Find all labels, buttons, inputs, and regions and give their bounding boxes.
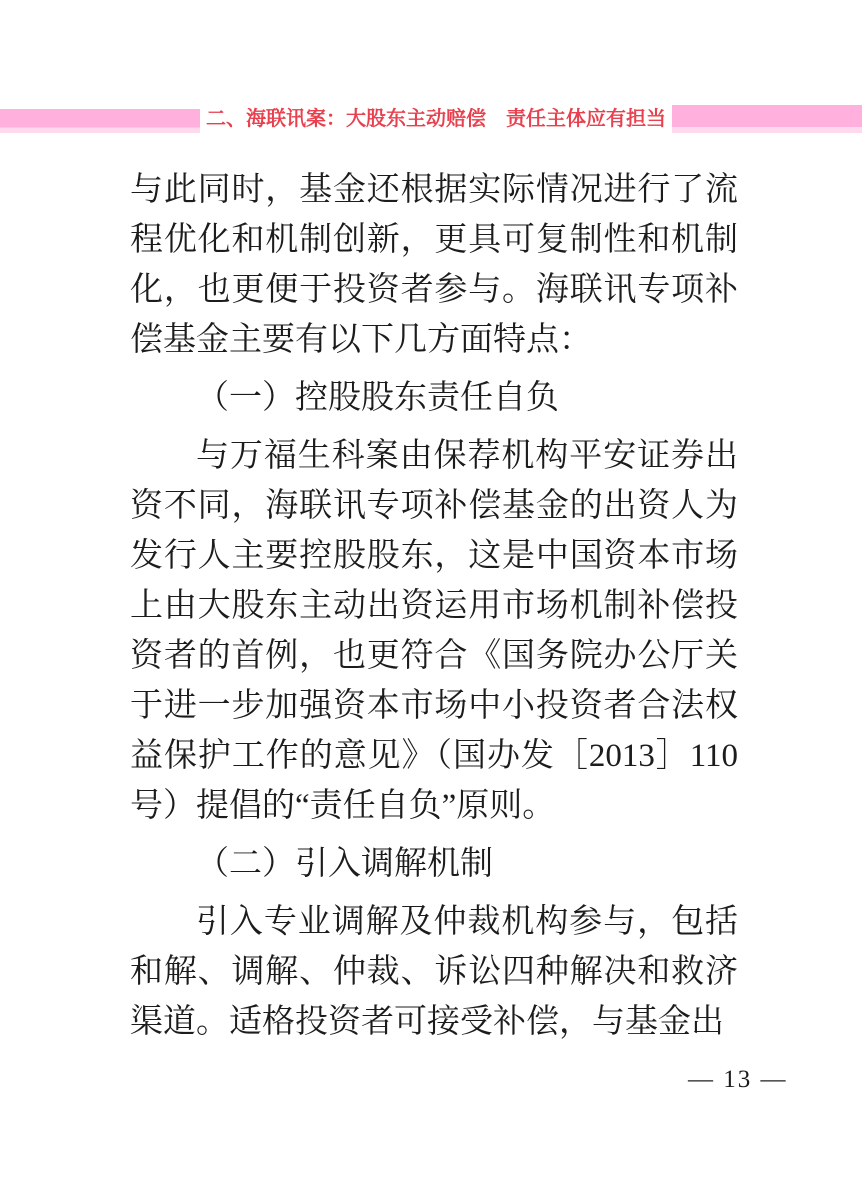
chapter-title: 二、海联讯案：大股东主动赔偿 责任主体应有担当 [200, 105, 672, 133]
book-page: 二、海联讯案：大股东主动赔偿 责任主体应有担当 与此同时，基金还根据实际情况进行… [0, 0, 866, 1189]
page-number: — 13 — [688, 1064, 788, 1096]
sub-heading-2: （二）引入调解机制 [130, 839, 738, 889]
body-text: 与此同时，基金还根据实际情况进行了流程优化和机制创新，更具可复制性和机制化，也更… [130, 165, 738, 1047]
running-head: 二、海联讯案：大股东主动赔偿 责任主体应有担当 [0, 105, 866, 133]
paragraph-2: 与万福生科案由保荐机构平安证券出资不同，海联讯专项补偿基金的出资人为发行人主要控… [130, 431, 738, 831]
paragraph-3: 引入专业调解及仲裁机构参与，包括和解、调解、仲裁、诉讼四种解决和救济渠道。适格投… [130, 897, 738, 1047]
banner-right-pink-bar [672, 105, 862, 133]
paragraph-continuation: 与此同时，基金还根据实际情况进行了流程优化和机制创新，更具可复制性和机制化，也更… [130, 165, 738, 365]
banner-left-pink-bar [0, 109, 200, 133]
sub-heading-1: （一）控股股东责任自负 [130, 373, 738, 423]
